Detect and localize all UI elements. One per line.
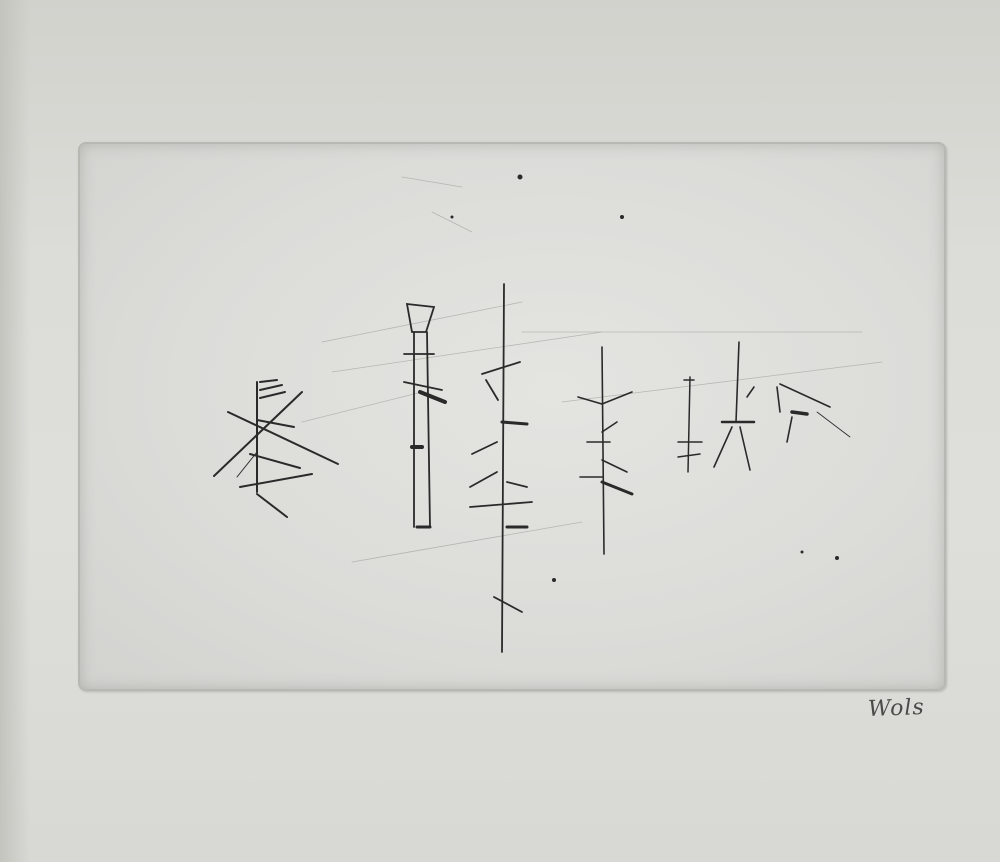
etching-drawing [80, 144, 944, 689]
figure-tangled-mast [214, 380, 338, 517]
figure-small-mast-5 [678, 377, 702, 472]
paper-edge-shadow [0, 0, 30, 862]
figure-mast-2 [404, 304, 445, 527]
figure-mast-7 [777, 384, 850, 442]
figure-mast-4 [578, 347, 632, 554]
etching-plate [78, 142, 946, 691]
plate-scratches [302, 177, 882, 562]
ink-specks [451, 175, 840, 583]
artist-signature: Wols [868, 695, 926, 722]
figure-tall-mast [470, 284, 532, 652]
figure-easel-mast-6 [714, 342, 754, 470]
